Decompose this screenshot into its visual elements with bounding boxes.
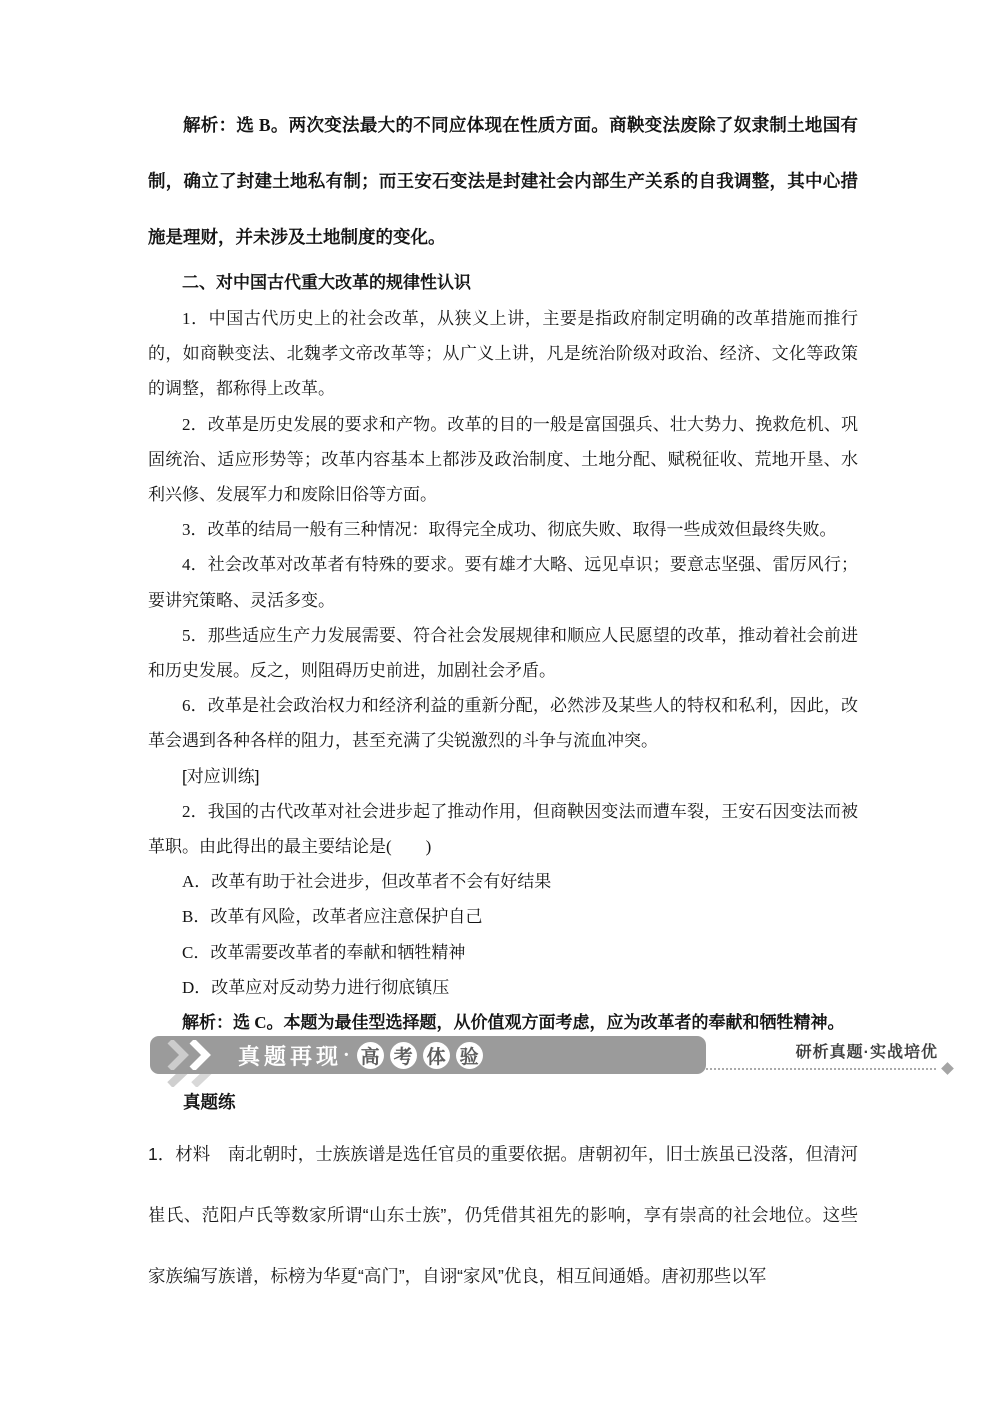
question-option-c: C．改革需要改革者的奉献和牺牲精神 <box>182 935 858 970</box>
dotted-rule <box>698 1068 936 1070</box>
document-page: 解析：选 B。两次变法最大的不同应体现在性质方面。商鞅变法废除了奴隶制土地国有制… <box>0 0 1000 1414</box>
diamond-icon <box>941 1062 954 1075</box>
training-label: [对应训练] <box>148 759 858 794</box>
banner-bar: 真题再现 · 高 考 体 验 <box>150 1036 706 1074</box>
double-chevron-icon <box>166 1040 224 1070</box>
banner-separator-dot: · <box>343 1044 350 1067</box>
rule-point-1: 1．中国古代历史上的社会改革，从狭义上讲，主要是指政府制定明确的改革措施而推行的… <box>148 301 858 407</box>
question-option-d: D．改革应对反动势力进行彻底镇压 <box>182 970 858 1005</box>
banner-circle-char-3: 体 <box>423 1042 450 1069</box>
section-heading: 二、对中国古代重大改革的规律性认识 <box>148 265 858 301</box>
rule-point-6: 6．改革是社会政治权力和经济利益的重新分配，必然涉及某些人的特权和私利，因此，改… <box>148 688 858 758</box>
material-paragraph: 1．材料 南北朝时，士族族谱是选任官员的重要依据。唐朝初年，旧士族虽已没落，但清… <box>148 1124 858 1307</box>
question-option-a: A．改革有助于社会进步，但改革者不会有好结果 <box>182 864 858 899</box>
banner-circle-char-1: 高 <box>357 1042 384 1069</box>
analysis-text-c: 解析：选 C。本题为最佳型选择题，从价值观方面考虑，应为改革者的奉献和牺牲精神。 <box>148 1005 858 1040</box>
exam-section-banner: 真题再现 · 高 考 体 验 研析真题·实战培优 <box>150 1036 952 1078</box>
banner-circle-char-4: 验 <box>456 1042 483 1069</box>
banner-circle-char-2: 考 <box>390 1042 417 1069</box>
banner-slogan: 研析真题·实战培优 <box>796 1039 938 1062</box>
question-stem: 2．我国的古代改革对社会进步起了推动作用，但商鞅因变法而遭车裂，王安石因变法而被… <box>148 794 858 864</box>
rule-point-2: 2．改革是历史发展的要求和产物。改革的目的一般是富国强兵、壮大势力、挽救危机、巩… <box>148 407 858 513</box>
analysis-text-b: 解析：选 B。两次变法最大的不同应体现在性质方面。商鞅变法废除了奴隶制土地国有制… <box>148 97 858 265</box>
rule-point-5: 5．那些适应生产力发展需要、符合社会发展规律和顺应人民愿望的改革，推动着社会前进… <box>148 618 858 688</box>
question-option-b: B．改革有风险，改革者应注意保护自己 <box>182 899 858 934</box>
rule-point-4: 4．社会改革对改革者有特殊的要求。要有雄才大略、远见卓识；要意志坚强、雷厉风行；… <box>148 547 858 617</box>
banner-title: 真题再现 <box>238 1040 342 1071</box>
text-column: 解析：选 B。两次变法最大的不同应体现在性质方面。商鞅变法废除了奴隶制土地国有制… <box>148 97 858 1307</box>
subheading-zhentilian: 真题练 <box>148 1084 858 1120</box>
rule-point-3: 3．改革的结局一般有三种情况：取得完全成功、彻底失败、取得一些成效但最终失败。 <box>148 512 858 547</box>
